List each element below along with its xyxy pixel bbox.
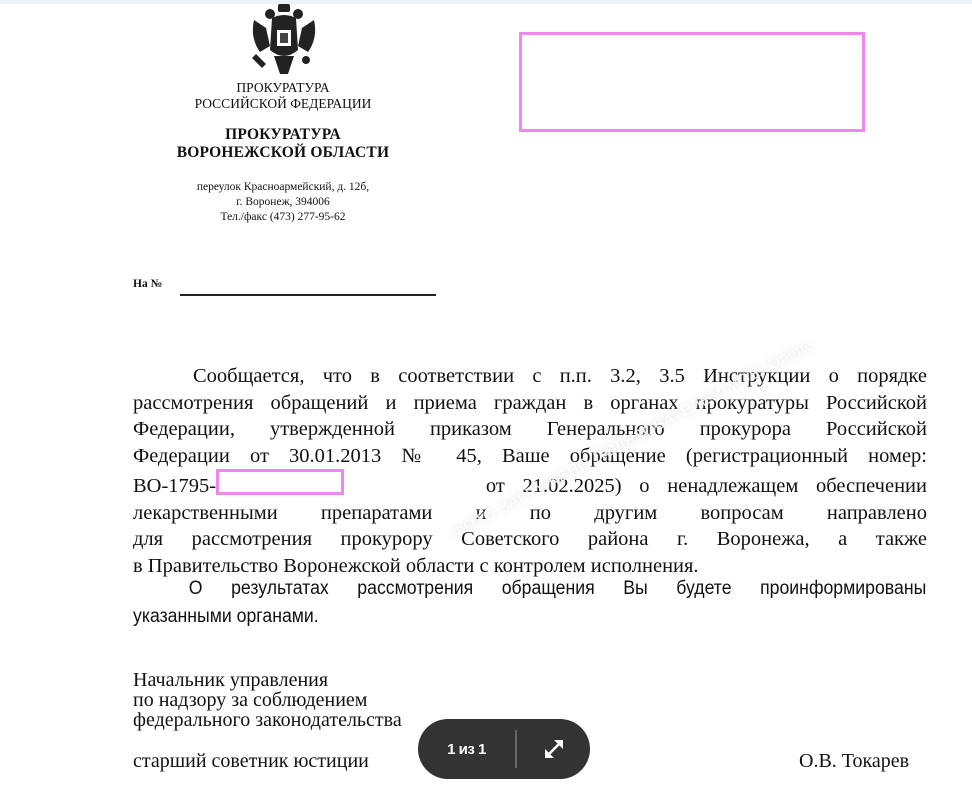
- page-counter: 1 из 1: [418, 741, 515, 758]
- address-block: переулок Красноармейский, д. 12б, г. Вор…: [150, 180, 416, 225]
- top-bar: [0, 0, 972, 4]
- signatory-rank: старший советник юстиции: [133, 750, 369, 773]
- signatory-title-line2: по надзору за соблюдением: [133, 690, 402, 710]
- paragraph-line: Сообщается, что в соответствии с п.п. 3.…: [133, 363, 927, 390]
- expand-arrows-icon: [543, 738, 565, 760]
- phone-fax: Тел./факс (473) 277-95-62: [150, 210, 416, 225]
- branch-name-line2: ВОРОНЕЖСКОЙ ОБЛАСТИ: [150, 144, 416, 162]
- paragraph-line: Федерации от 30.01.2013 № 45, Ваше обращ…: [133, 443, 927, 470]
- org-name: ПРОКУРАТУРА РОССИЙСКОЙ ФЕДЕРАЦИИ: [150, 80, 416, 111]
- redacted-registration-number: [216, 469, 344, 495]
- address-city: г. Воронеж, 394006: [150, 195, 416, 210]
- paragraph-line: для рассмотрения прокурору Советского ра…: [133, 526, 927, 553]
- paragraph-line: О результатах рассмотрения обращения Вы …: [133, 575, 926, 603]
- org-name-line1: ПРОКУРАТУРА: [150, 80, 416, 96]
- paragraph-line: указанными органами.: [133, 603, 926, 631]
- branch-name: ПРОКУРАТУРА ВОРОНЕЖСКОЙ ОБЛАСТИ: [150, 126, 416, 162]
- registration-prefix: ВО-1795-: [133, 475, 216, 497]
- viewer-controls: 1 из 1: [418, 719, 590, 779]
- signatory-title: Начальник управления по надзору за соблю…: [133, 670, 402, 730]
- signatory-title-line3: федерального законодательства: [133, 710, 402, 730]
- paragraph-line: лекарственными препаратами и по другим в…: [133, 500, 927, 527]
- address-street: переулок Красноармейский, д. 12б,: [150, 180, 416, 195]
- paragraph-line: Федерации, утвержденной приказом Генерал…: [133, 416, 927, 443]
- redacted-recipient-box: [519, 32, 865, 132]
- signatory-name: О.В. Токарев: [799, 750, 909, 773]
- main-paragraph: Сообщается, что в соответствии с п.п. 3.…: [133, 363, 927, 579]
- reference-number-line: [180, 294, 436, 296]
- signatory-title-line1: Начальник управления: [133, 670, 402, 690]
- expand-button[interactable]: [517, 719, 590, 779]
- branch-name-line1: ПРОКУРАТУРА: [150, 126, 416, 144]
- org-name-line2: РОССИЙСКОЙ ФЕДЕРАЦИИ: [150, 96, 416, 112]
- reference-number-label: На №: [133, 278, 162, 290]
- coat-of-arms-icon: [248, 2, 320, 76]
- second-paragraph: О результатах рассмотрения обращения Вы …: [133, 575, 926, 631]
- paragraph-line: рассмотрения обращений и приема граждан …: [133, 390, 927, 417]
